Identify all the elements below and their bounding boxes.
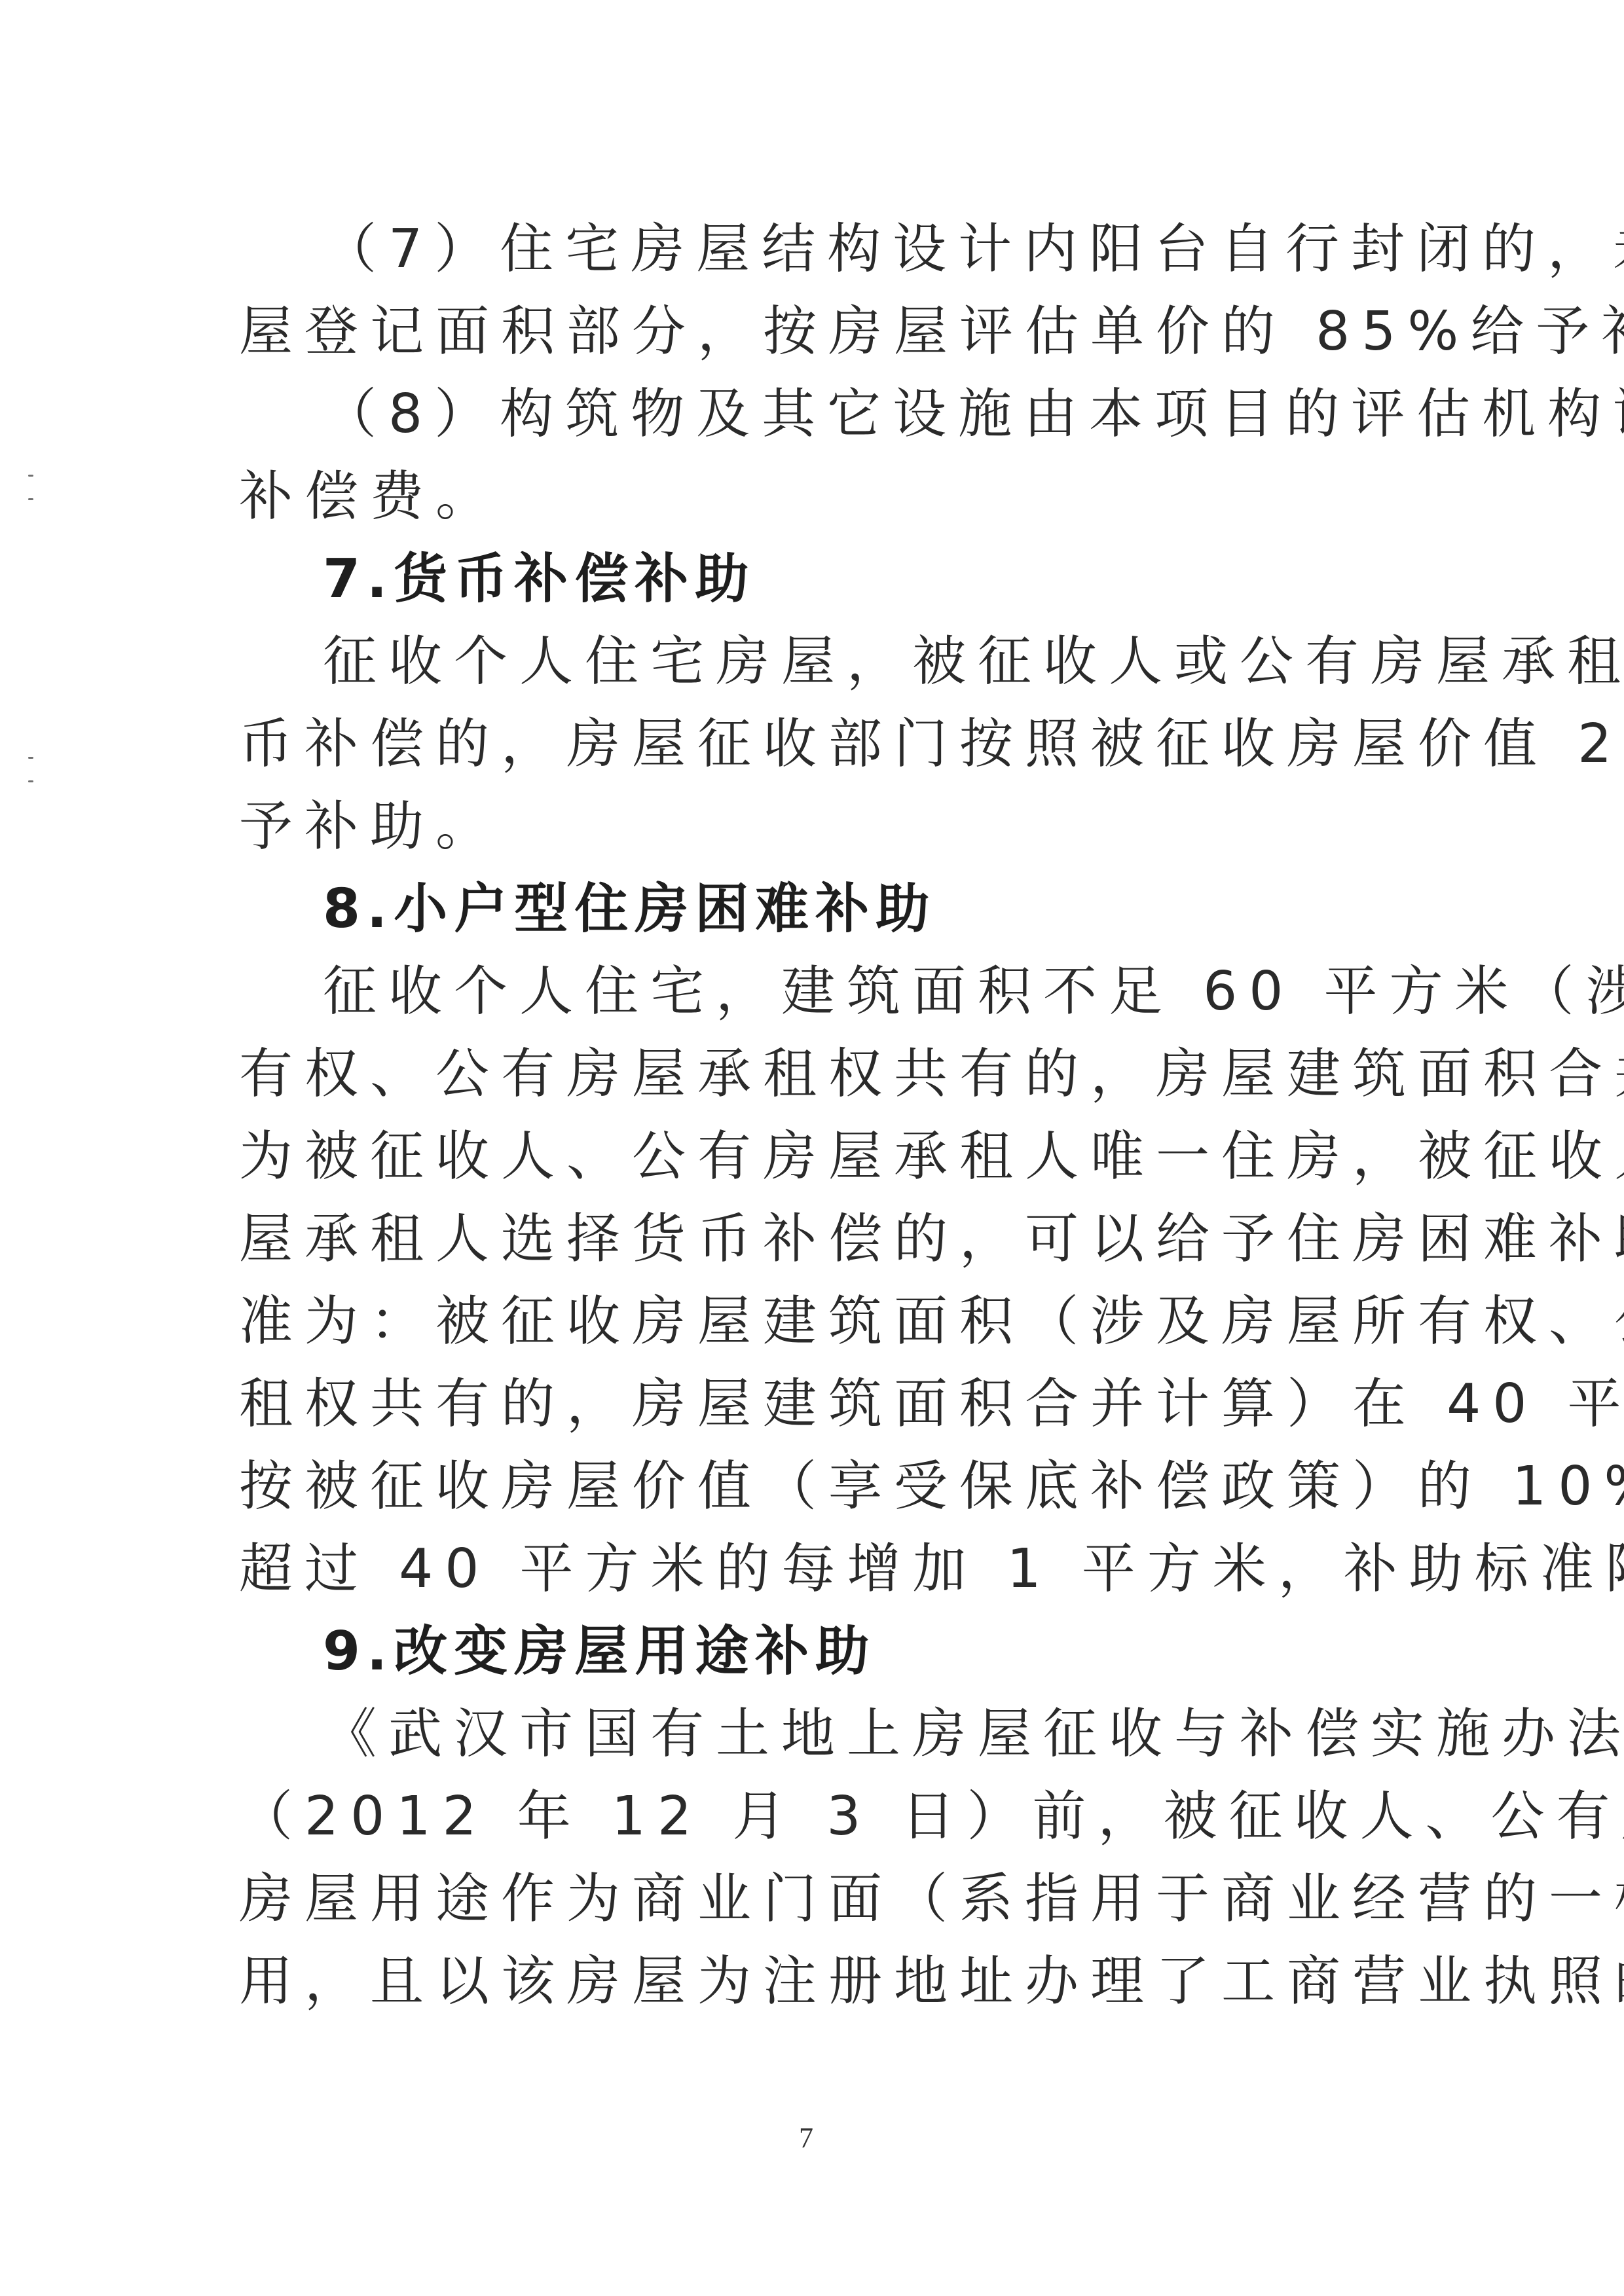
margin-mark	[28, 475, 33, 477]
section-9-body: 《武汉市国有土地上房屋征收与补偿实施办法》颁布 （2012 年 12 月 3 日…	[239, 1693, 1372, 2023]
margin-mark	[28, 757, 33, 759]
item-7-paragraph: （7）住宅房屋结构设计内阳台自行封闭的，未计入房 屋登记面积部分，按房屋评估单价…	[239, 208, 1372, 373]
text-line: 房屋用途作为商业门面（系指用于商业经营的一楼门面）使	[239, 1858, 1372, 1941]
text-line: 予补助。	[239, 786, 1372, 868]
section-7-body: 征收个人住宅房屋，被征收人或公有房屋承租人选择货 币补偿的，房屋征收部门按照被征…	[239, 621, 1372, 868]
text-line: 有权、公有房屋承租权共有的，房屋建筑面积合并计算）且	[239, 1033, 1372, 1116]
text-line: 币补偿的，房屋征收部门按照被征收房屋价值 20%的标准给	[239, 703, 1372, 786]
margin-mark	[28, 780, 33, 782]
document-body: （7）住宅房屋结构设计内阳台自行封闭的，未计入房 屋登记面积部分，按房屋评估单价…	[239, 208, 1372, 2023]
section-heading-8: 8.小户型住房困难补助	[239, 868, 1372, 951]
text-line: 《武汉市国有土地上房屋征收与补偿实施办法》颁布	[239, 1693, 1372, 1776]
section-heading-9: 9.改变房屋用途补助	[239, 1611, 1372, 1693]
text-line: （8）构筑物及其它设施由本项目的评估机构评估确定	[239, 373, 1372, 456]
text-line: （7）住宅房屋结构设计内阳台自行封闭的，未计入房	[239, 208, 1372, 291]
text-line: 超过 40 平方米的每增加 1 平方米，补助标准降低 0.5%。	[239, 1528, 1372, 1611]
text-line: 征收个人住宅房屋，被征收人或公有房屋承租人选择货	[239, 621, 1372, 703]
page-number: 7	[799, 2121, 813, 2155]
text-line: 征收个人住宅，建筑面积不足 60 平方米（涉及房屋所	[239, 951, 1372, 1033]
text-line: 租权共有的，房屋建筑面积合并计算）在 40 平方米以下的	[239, 1363, 1372, 1446]
text-line: 按被征收房屋价值（享受保底补偿政策）的 10%给予补助，	[239, 1446, 1372, 1528]
text-line: 屋承租人选择货币补偿的，可以给予住房困难补助。补助标	[239, 1198, 1372, 1281]
section-8-body: 征收个人住宅，建筑面积不足 60 平方米（涉及房屋所 有权、公有房屋承租权共有的…	[239, 951, 1372, 1611]
text-line: 为被征收人、公有房屋承租人唯一住房，被征收人、公有房	[239, 1116, 1372, 1198]
margin-mark	[28, 498, 33, 500]
text-line: 补偿费。	[239, 456, 1372, 538]
text-line: 用，且以该房屋为注册地址办理了工商营业执照的，除按照	[239, 1941, 1372, 2023]
section-heading-7: 7.货币补偿补助	[239, 538, 1372, 621]
item-8-paragraph: （8）构筑物及其它设施由本项目的评估机构评估确定 补偿费。	[239, 373, 1372, 538]
text-line: 屋登记面积部分，按房屋评估单价的 85%给予补偿；	[239, 291, 1372, 373]
text-line: （2012 年 12 月 3 日）前，被征收人、公有房屋承租人改变	[239, 1776, 1372, 1858]
text-line: 准为：被征收房屋建筑面积（涉及房屋所有权、公有房屋承	[239, 1281, 1372, 1363]
